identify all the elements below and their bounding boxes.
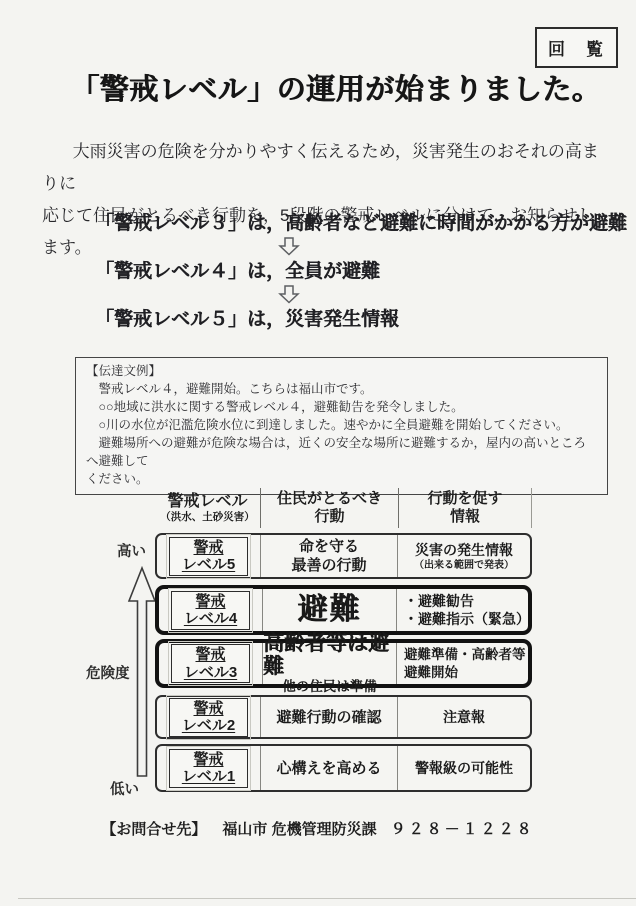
- badge-line2: レベル1: [182, 768, 235, 786]
- info-line1: 避難準備・高齢者等: [404, 646, 526, 664]
- action-cell-level4: 避難: [262, 589, 396, 631]
- table-header: 警戒レベル （洪水、土砂災害） 住民がとるべき 行動 行動を促す 情報: [155, 488, 532, 528]
- circulation-stamp-label: 回 覧: [548, 35, 605, 60]
- info-cell-level4: ・避難勧告 ・避難指示（緊急）: [396, 589, 528, 631]
- action-cell-level2: 避難行動の確認: [260, 697, 397, 737]
- warning-level-table: 警戒レベル （洪水、土砂災害） 住民がとるべき 行動 行動を促す 情報 高い 危…: [0, 486, 636, 816]
- table-row-level4: 警戒 レベル4 避難 ・避難勧告 ・避難指示（緊急）: [155, 585, 532, 635]
- action-line2: 最善の行動: [291, 556, 366, 575]
- level-flow: 「警戒レベル３」は，高齢者など避難に時間がかかる方が避難 「警戒レベル４」は，全…: [95, 211, 595, 332]
- info-line2: （出来る範囲で発表）: [414, 559, 514, 572]
- info-cell-level1: 警報級の可能性: [397, 746, 530, 790]
- header-warning-level-main: 警戒レベル: [167, 493, 247, 511]
- info-cell-level2: 注意報: [397, 697, 530, 737]
- header-warning-level-sub: （洪水、土砂災害）: [160, 511, 255, 524]
- level3-badge: 警戒 レベル3: [171, 644, 250, 683]
- header-prompt-info-line2: 情報: [450, 508, 480, 526]
- info-line1: ・避難勧告: [404, 592, 474, 610]
- example-line: ○川の水位が氾濫危険水位に到達しました。速やかに全員避難を開始してください。: [86, 416, 597, 434]
- footer-contact: 【お問合せ先】福山市 危機管理防災課９２８－１２２８: [0, 818, 636, 839]
- level5-badge: 警戒 レベル5: [169, 537, 248, 576]
- flow-statement-level4: 「警戒レベル４」は，全員が避難: [95, 259, 595, 284]
- info-cell-level3: 避難準備・高齢者等 避難開始: [396, 643, 528, 684]
- badge-line2: レベル5: [182, 556, 235, 574]
- action-line1: 高齢者等は避難: [263, 632, 396, 678]
- info-line1: 注意報: [443, 708, 485, 726]
- info-line1: 警報級の可能性: [415, 759, 513, 777]
- header-prompt-info: 行動を促す 情報: [398, 488, 532, 528]
- info-line2: ・避難指示（緊急）: [404, 610, 528, 628]
- level-badge-cell: 警戒 レベル3: [159, 643, 262, 684]
- example-line: 警戒レベル４，避難開始。こちらは福山市です。: [86, 380, 597, 398]
- axis-risk-label: 危険度: [86, 662, 130, 683]
- contact-phone: ９２８－１２２８: [391, 821, 535, 838]
- level4-badge: 警戒 レベル4: [171, 591, 250, 630]
- table-row-level5: 警戒 レベル5 命を守る 最善の行動 災害の発生情報 （出来る範囲で発表）: [155, 533, 532, 579]
- example-message-box: 【伝達文例】 警戒レベル４，避難開始。こちらは福山市です。 ○○地域に洪水に関す…: [75, 357, 608, 495]
- header-prompt-info-line1: 行動を促す: [427, 490, 502, 508]
- level1-badge: 警戒 レベル1: [169, 749, 248, 788]
- down-hollow-arrow-icon: [278, 236, 302, 259]
- header-resident-action-line2: 行動: [314, 508, 344, 526]
- action-cell-level5: 命を守る 最善の行動: [260, 535, 397, 577]
- flow-statement-level5: 「警戒レベル５」は，災害発生情報: [95, 307, 595, 332]
- badge-line1: 警戒: [184, 646, 237, 664]
- badge-line1: 警戒: [182, 539, 235, 557]
- action-cell-level3: 高齢者等は避難 他の住民は準備: [262, 643, 396, 684]
- level-badge-cell: 警戒 レベル5: [157, 535, 260, 577]
- badge-line2: レベル2: [182, 717, 235, 735]
- axis-low-label: 低い: [110, 778, 139, 799]
- contact-label: 【お問合せ先】: [101, 821, 206, 838]
- info-line2: 避難開始: [404, 664, 458, 682]
- table-row-level1: 警戒 レベル1 心構えを高める 警報級の可能性: [155, 744, 532, 792]
- circulation-stamp: 回 覧: [535, 27, 618, 68]
- level2-badge: 警戒 レベル2: [169, 698, 248, 737]
- action-line1: 命を守る: [299, 537, 359, 556]
- level-badge-cell: 警戒 レベル1: [157, 746, 260, 790]
- action-line1: 避難: [298, 594, 362, 626]
- badge-line1: 警戒: [184, 593, 237, 611]
- action-line1: 心構えを高める: [276, 759, 381, 778]
- down-hollow-arrow-icon: [278, 284, 302, 307]
- badge-line2: レベル3: [184, 664, 237, 682]
- badge-line1: 警戒: [182, 751, 235, 769]
- level-badge-cell: 警戒 レベル4: [159, 589, 262, 631]
- axis-high-label: 高い: [117, 540, 146, 561]
- info-line1: 災害の発生情報: [415, 541, 513, 559]
- header-warning-level: 警戒レベル （洪水、土砂災害）: [155, 488, 260, 528]
- example-line: 避難場所への避難が危険な場合は，近くの安全な場所に避難するか，屋内の高いところへ…: [86, 434, 597, 470]
- flow-statement-level3: 「警戒レベル３」は，高齢者など避難に時間がかかる方が避難: [95, 211, 595, 236]
- table-row-level3: 警戒 レベル3 高齢者等は避難 他の住民は準備 避難準備・高齢者等 避難開始: [155, 639, 532, 688]
- example-heading: 【伝達文例】: [86, 362, 597, 380]
- contact-office: 福山市 危機管理防災課: [222, 821, 376, 838]
- scan-edge-line: [18, 898, 636, 899]
- action-line1: 避難行動の確認: [276, 708, 381, 727]
- action-cell-level1: 心構えを高める: [260, 746, 397, 790]
- info-cell-level5: 災害の発生情報 （出来る範囲で発表）: [397, 535, 530, 577]
- badge-line2: レベル4: [184, 610, 237, 628]
- header-resident-action-line1: 住民がとるべき: [277, 490, 382, 508]
- intro-line-1: 大雨災害の危険を分かりやすく伝えるため，災害発生のおそれの高まりに: [42, 136, 602, 200]
- scanned-flyer-page: { "page": {"background": "#f4f4f1", "ink…: [0, 0, 636, 906]
- badge-line1: 警戒: [182, 700, 235, 718]
- example-line: ○○地域に洪水に関する警戒レベル４，避難勧告を発令しました。: [86, 398, 597, 416]
- level-badge-cell: 警戒 レベル2: [157, 697, 260, 737]
- table-row-level2: 警戒 レベル2 避難行動の確認 注意報: [155, 695, 532, 739]
- header-resident-action: 住民がとるべき 行動: [260, 488, 398, 528]
- action-line2: 他の住民は準備: [282, 678, 377, 695]
- page-title: 「警戒レベル」の運用が始まりました。: [70, 72, 630, 109]
